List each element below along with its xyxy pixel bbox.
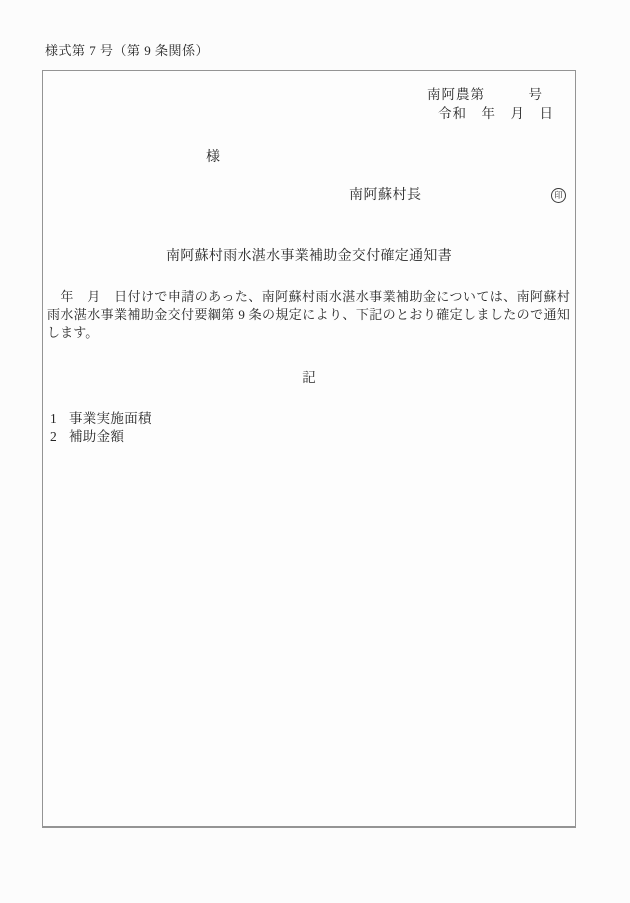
item-number: 2: [50, 428, 59, 446]
item-number: 1: [50, 410, 59, 428]
document-header: 南阿農第 号 令和 年 月 日: [43, 85, 575, 123]
doc-number-line: 南阿農第 号: [43, 85, 575, 104]
sender-name: 南阿蘇村長: [349, 188, 422, 203]
date-line: 令和 年 月 日: [43, 104, 575, 123]
record-items: 1 事業実施面積 2 補助金額: [50, 410, 152, 446]
addressee-honorific: 様: [206, 150, 220, 165]
form-number-label: 様式第 7 号（第 9 条関係）: [45, 43, 209, 58]
document-page: { "page": { "form_label": "様式第 7 号（第 9 条…: [0, 0, 630, 903]
item-label: 補助金額: [69, 428, 124, 446]
record-heading: 記: [43, 370, 575, 385]
document-title: 南阿蘇村雨水湛水事業補助金交付確定通知書: [43, 249, 575, 265]
body-paragraph: 年 月 日付けで申請のあった、南阿蘇村雨水湛水事業補助金については、南阿蘇村雨水…: [47, 288, 570, 342]
document-frame: 南阿農第 号 令和 年 月 日 様 南阿蘇村長 印 南阿蘇村雨水湛水事業補助金交…: [42, 70, 576, 828]
list-item: 2 補助金額: [50, 428, 152, 446]
seal-mark: 印: [551, 188, 566, 203]
list-item: 1 事業実施面積: [50, 410, 152, 428]
sender-row: 南阿蘇村長 印: [349, 188, 566, 203]
item-label: 事業実施面積: [69, 410, 152, 428]
